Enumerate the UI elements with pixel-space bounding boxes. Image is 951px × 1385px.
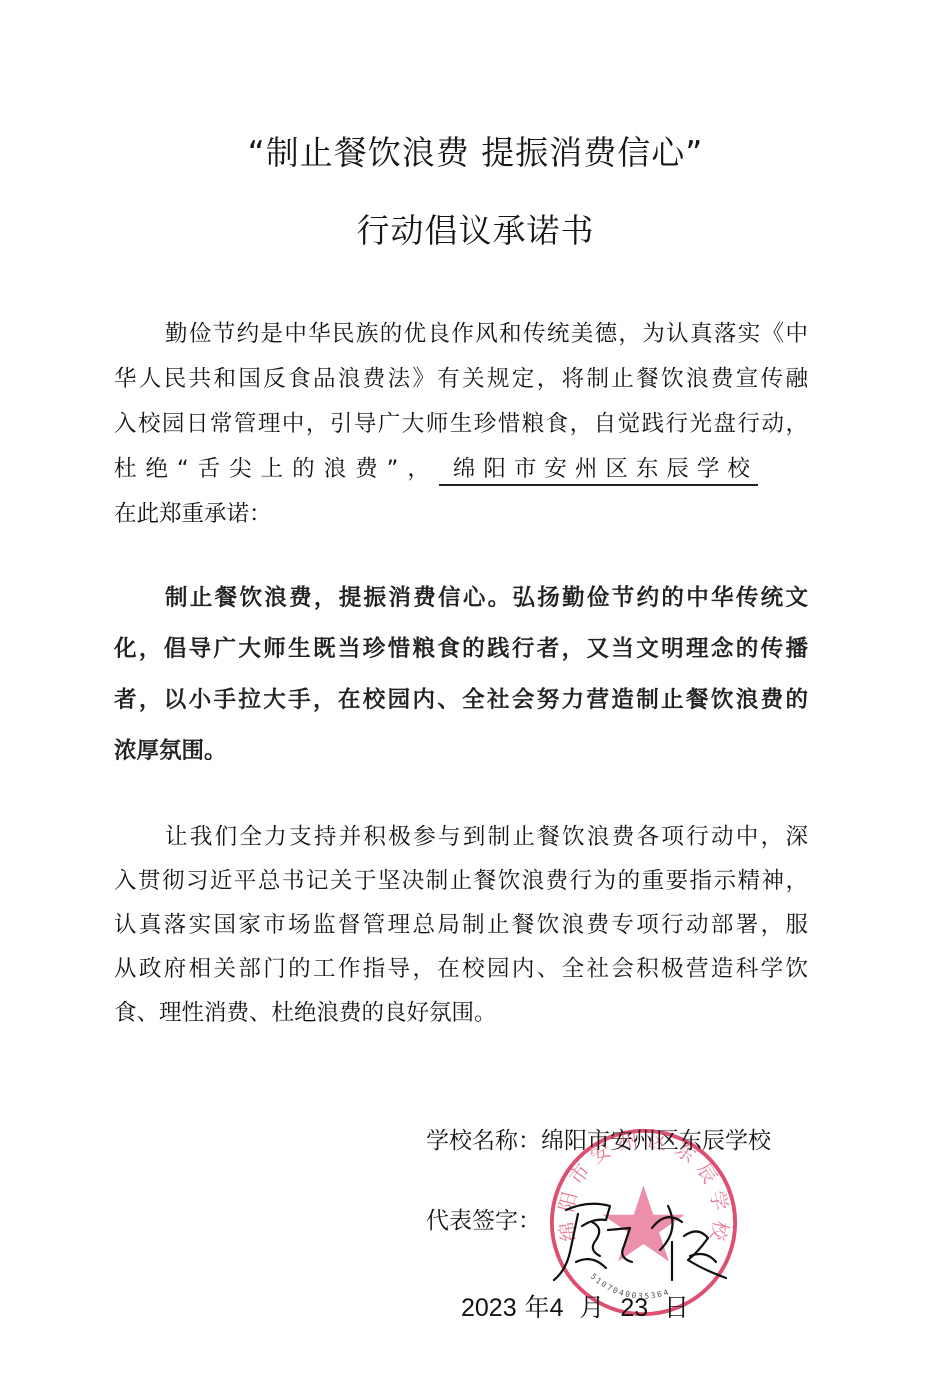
paragraph-line: 杜绝“舌尖上的浪费”，绵阳市安州区东辰学校 <box>114 447 808 492</box>
paragraph-line: 入校园日常管理中，引导广大师生珍惜粮食，自觉践行光盘行动， <box>114 402 808 447</box>
handwritten-signature <box>548 1170 738 1290</box>
star-icon <box>603 1185 685 1261</box>
document-page: “制止餐饮浪费 提振消费信心” 行动倡议承诺书 勤俭节约是中华民族的优良作风和传… <box>0 0 951 1385</box>
paragraph-commitment: 制止餐饮浪费，提振消费信心。弘扬勤俭节约的中华传统文 化，倡导广大师生既当珍惜粮… <box>114 573 808 777</box>
paragraph-line: 制止餐饮浪费，提振消费信心。弘扬勤俭节约的中华传统文 <box>114 573 808 624</box>
representative-signature-row: 代表签字： <box>426 1202 541 1235</box>
paragraph-line: 浓厚氛围。 <box>114 726 808 777</box>
paragraph-line: 者，以小手拉大手，在校园内、全社会努力营造制止餐饮浪费的 <box>114 675 808 726</box>
paragraph-line: 在此郑重承诺： <box>114 492 808 537</box>
school-name-label: 学校名称： <box>426 1128 541 1154</box>
date-day-unit: 日 <box>664 1293 689 1322</box>
paragraph-line: 食、理性消费、杜绝浪费的良好氛围。 <box>114 991 808 1035</box>
paragraph-line: 从政府相关部门的工作指导，在校园内、全社会积极营造科学饮 <box>114 947 808 991</box>
representative-signature-label: 代表签字： <box>426 1208 541 1234</box>
paragraph-line: 化，倡导广大师生既当珍惜粮食的践行者，又当文明理念的传播 <box>114 624 808 675</box>
date-year: 2023 <box>461 1294 517 1322</box>
school-name-underlined: 绵阳市安州区东辰学校 <box>439 454 758 486</box>
paragraph-line: 认真落实国家市场监督管理总局制止餐饮浪费专项行动部署，服 <box>114 903 808 947</box>
paragraph-intro: 勤俭节约是中华民族的优良作风和传统美德，为认真落实《中 华人民共和国反食品浪费法… <box>114 312 808 537</box>
document-title-line2: 行动倡议承诺书 <box>0 205 951 252</box>
waste-phrase: 杜绝“舌尖上的浪费”， <box>114 456 439 482</box>
document-title-line1: “制止餐饮浪费 提振消费信心” <box>0 127 951 174</box>
school-name-row: 学校名称：绵阳市安州区东辰学校 <box>426 1122 771 1155</box>
date-year-unit: 年 <box>525 1293 550 1322</box>
paragraph-line: 华人民共和国反食品浪费法》有关规定，将制止餐饮浪费宣传融 <box>114 357 808 402</box>
paragraph-line: 入贯彻习近平总书记关于坚决制止餐饮浪费行为的重要指示精神， <box>114 859 808 903</box>
signing-date: 2023 年4 月 23 日 <box>461 1288 689 1324</box>
school-name-value: 绵阳市安州区东辰学校 <box>541 1128 771 1154</box>
paragraph-call-to-action: 让我们全力支持并积极参与到制止餐饮浪费各项行动中，深 入贯彻习近平总书记关于坚决… <box>114 815 808 1035</box>
date-month: 4 <box>550 1294 564 1322</box>
date-month-unit: 月 <box>579 1293 604 1322</box>
paragraph-line: 勤俭节约是中华民族的优良作风和传统美德，为认真落实《中 <box>114 312 808 357</box>
paragraph-line: 让我们全力支持并积极参与到制止餐饮浪费各项行动中，深 <box>114 815 808 859</box>
date-day: 23 <box>620 1294 648 1322</box>
